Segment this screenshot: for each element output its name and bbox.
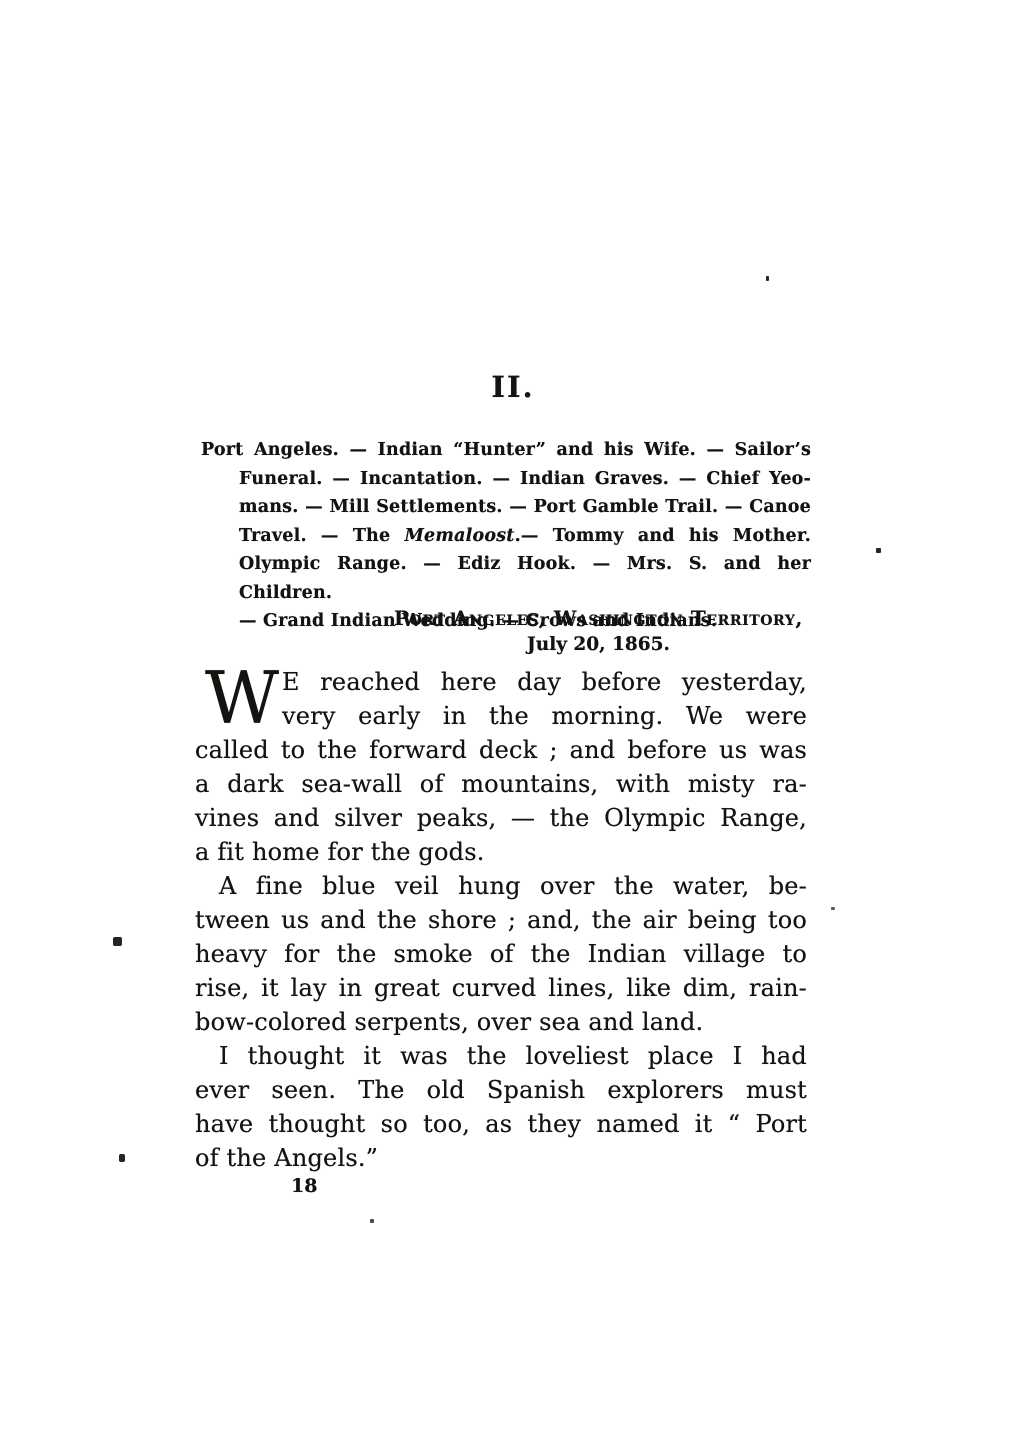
synopsis-italic-title: Memaloost — [404, 526, 514, 546]
synopsis-text: Travel. — The — [239, 526, 404, 546]
scan-speck — [831, 907, 835, 910]
body-line: bow-colored serpents, over sea and land. — [195, 1005, 807, 1039]
scan-speck — [370, 1219, 374, 1223]
dateline-place: Port Angeles, Washington Territory, — [394, 605, 803, 632]
body-line: a fit home for the gods. — [195, 835, 807, 869]
scan-speck — [876, 548, 881, 553]
body-line: heavy for the smoke of the Indian villag… — [195, 937, 807, 971]
scan-speck — [766, 276, 769, 281]
synopsis-line: mans. — Mill Settlements. — Port Gamble … — [201, 493, 811, 522]
letter-body: W E reached here day before yesterday, v… — [195, 665, 807, 1175]
scan-speck — [119, 1154, 125, 1162]
body-line: rise, it lay in great curved lines, like… — [195, 971, 807, 1005]
synopsis-line: Port Angeles. — Indian “Hunter” and his … — [201, 436, 811, 465]
dateline-date: July 20, 1865. — [394, 632, 803, 658]
synopsis-text: .— Tommy and his Mother. — [515, 526, 811, 546]
body-line: have thought so too, as they named it “ … — [195, 1107, 807, 1141]
body-line: E reached here day before yesterday, — [282, 665, 807, 699]
body-line: of the Angels.” — [195, 1141, 807, 1175]
body-line: A fine blue veil hung over the water, be… — [195, 869, 807, 903]
chapter-heading: II. — [195, 370, 807, 404]
body-line: tween us and the shore ; and, the air be… — [195, 903, 807, 937]
synopsis-line: Olympic Range. — Ediz Hook. — Mrs. S. an… — [201, 550, 811, 607]
body-line: I thought it was the loveliest place I h… — [195, 1039, 807, 1073]
book-page: II. Port Angeles. — Indian “Hunter” and … — [0, 0, 1010, 1447]
drop-cap: W — [205, 671, 279, 725]
body-line: very early in the morning. We were — [282, 699, 807, 733]
synopsis-line: Funeral. — Incantation. — Indian Graves.… — [201, 465, 811, 494]
scan-speck — [113, 937, 122, 946]
body-line: ever seen. The old Spanish explorers mus… — [195, 1073, 807, 1107]
body-line: vines and silver peaks, — the Olympic Ra… — [195, 801, 807, 835]
letter-dateline: Port Angeles, Washington Territory, July… — [394, 605, 803, 658]
page-number: 18 — [291, 1174, 317, 1198]
synopsis-line: Travel. — The Memaloost.— Tommy and his … — [201, 522, 811, 551]
body-line: called to the forward deck ; and before … — [195, 733, 807, 767]
body-line: a dark sea-wall of mountains, with misty… — [195, 767, 807, 801]
